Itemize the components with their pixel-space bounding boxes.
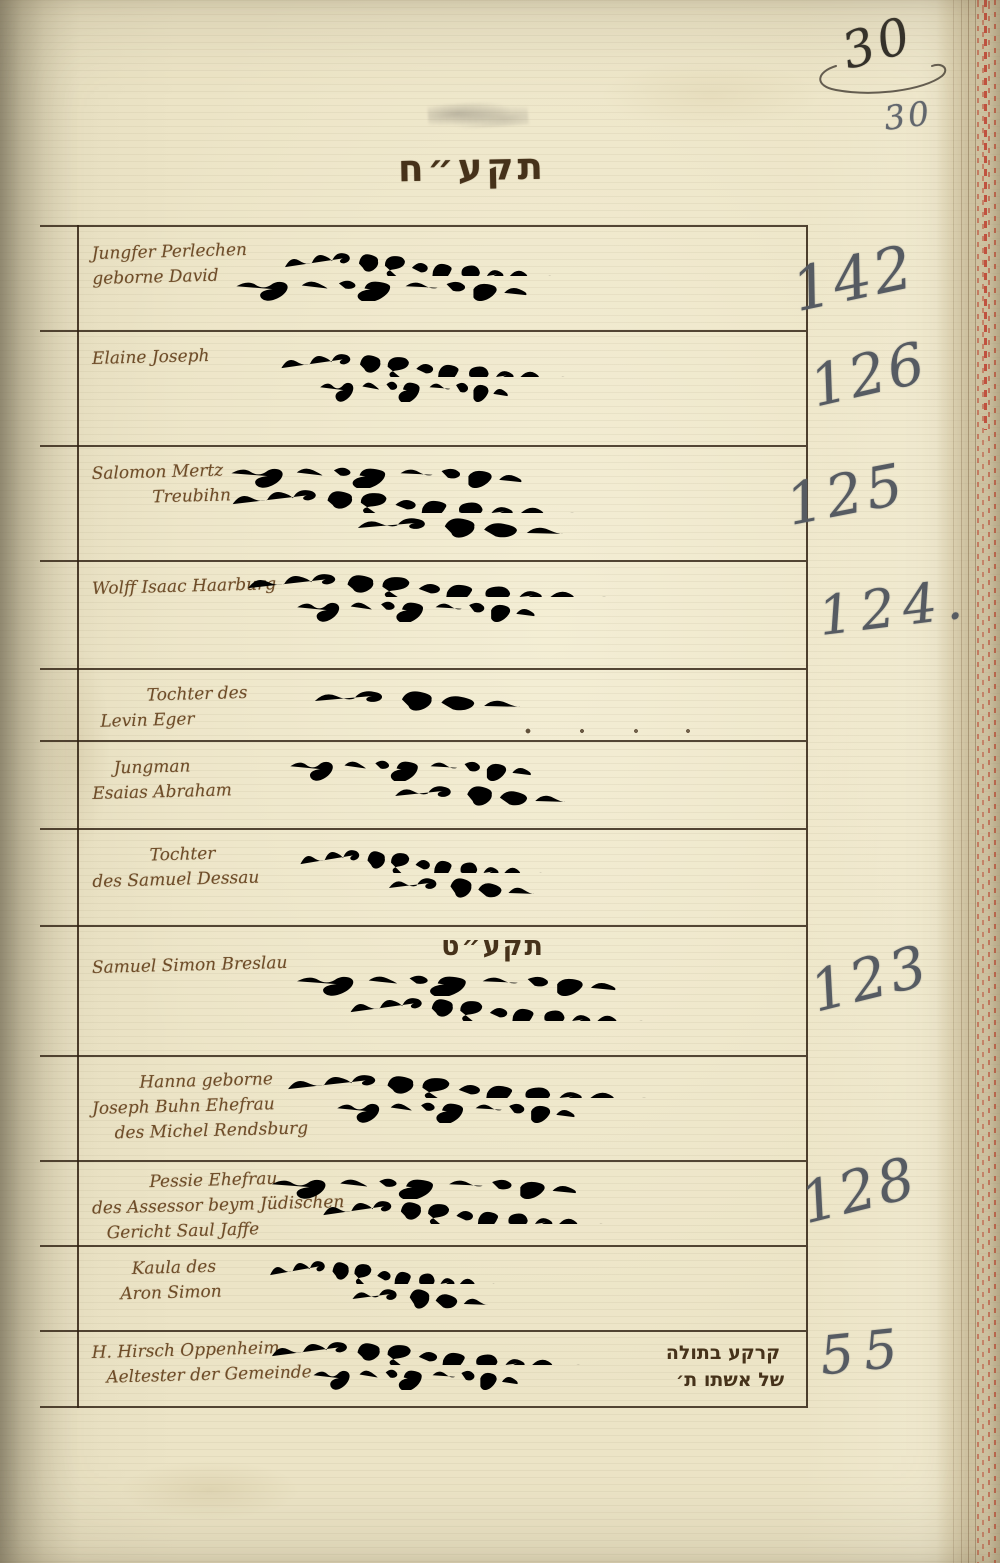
manuscript-page: 30 30 תקע״ח Jungfer Perlechen geborne Da… bbox=[0, 0, 1000, 1563]
hebrew-cursive-line bbox=[265, 1340, 635, 1365]
fore-edge-fold-line bbox=[968, 0, 969, 1563]
fore-edge-fold-line bbox=[975, 0, 976, 1563]
hebrew-cursive-entry bbox=[280, 1073, 710, 1123]
folio-number-ink: 30 bbox=[842, 14, 962, 104]
entry-name-line: des Samuel Dessau bbox=[92, 864, 323, 895]
entry-name: Tochter des Levin Eger bbox=[91, 679, 322, 735]
hebrew-cursive-line bbox=[344, 996, 695, 1021]
hebrew-cursive-line bbox=[279, 251, 599, 276]
hebrew-year-title: תקע״ח bbox=[0, 146, 1000, 189]
red-edge-speckles bbox=[988, 0, 990, 1563]
entry-name: Samuel Simon Breslau bbox=[92, 950, 323, 981]
hebrew-cursive-line bbox=[316, 377, 581, 402]
register-row: Kaula des Aron Simon bbox=[40, 1245, 806, 1330]
hebrew-note: קרקע בתולה של אשתו ת׳ bbox=[648, 1340, 798, 1394]
flourish-underline bbox=[814, 52, 964, 102]
register-table: Jungfer Perlechen geborne David Elaine J… bbox=[40, 225, 808, 1408]
register-row: Jungman Esaias Abraham bbox=[40, 740, 806, 828]
hebrew-cursive-line bbox=[305, 686, 535, 711]
age-stain bbox=[600, 60, 820, 130]
hebrew-cursive-line bbox=[290, 971, 740, 996]
register-row: Hanna geborne Joseph Buhn Ehefrau des Mi… bbox=[40, 1055, 806, 1160]
hebrew-cursive-entry bbox=[230, 251, 640, 301]
hebrew-cursive-entry bbox=[265, 1259, 535, 1309]
register-row: H. Hirsch Oppenheim Aeltester der Gemein… bbox=[40, 1330, 806, 1408]
margin-number: 126 bbox=[804, 330, 934, 421]
entry-name-line: Samuel Simon Breslau bbox=[92, 950, 323, 981]
fore-edge-fold-line bbox=[953, 0, 954, 1563]
hebrew-cursive-line bbox=[225, 488, 635, 513]
margin-number: 128 bbox=[794, 1145, 924, 1238]
register-row: Salomon Mertz Treubihn bbox=[40, 445, 806, 560]
hebrew-cursive-entry bbox=[265, 1174, 695, 1224]
register-row: Tochter des Samuel Dessau bbox=[40, 828, 806, 925]
register-row: Elaine Joseph bbox=[40, 330, 806, 445]
hebrew-cursive-line bbox=[280, 1073, 710, 1098]
red-edge-speckles bbox=[984, 0, 987, 430]
page-number-pencil: 30 bbox=[882, 93, 934, 138]
entry-name-line: Levin Eger bbox=[100, 704, 323, 735]
hebrew-cursive-line bbox=[295, 848, 585, 873]
hebrew-cursive-line bbox=[332, 1098, 667, 1123]
hebrew-cursive-line bbox=[309, 1365, 598, 1390]
red-edge-speckles bbox=[977, 0, 979, 1563]
hebrew-cursive-line bbox=[387, 781, 577, 806]
hebrew-cursive-line bbox=[240, 572, 670, 597]
hebrew-cursive-line bbox=[292, 597, 627, 622]
hebrew-cursive-line bbox=[346, 1284, 497, 1309]
hebrew-cursive-entry bbox=[285, 756, 625, 806]
hebrew-cursive-entry bbox=[265, 1340, 635, 1390]
register-row: Pessie Ehefrau des Assessor beym Jüdisch… bbox=[40, 1160, 806, 1245]
hebrew-note-line: של אשתו ת׳ bbox=[662, 1367, 798, 1394]
margin-number: 123 bbox=[804, 932, 937, 1025]
register-row: Tochter des Levin Eger bbox=[40, 668, 806, 740]
fore-edge-fold-line bbox=[961, 0, 962, 1563]
hebrew-note-line: קרקע בתולה bbox=[648, 1340, 798, 1367]
margin-number: 124. bbox=[815, 567, 974, 648]
hebrew-cursive-entry bbox=[305, 686, 535, 711]
ink-bleedthrough-smudge bbox=[427, 99, 529, 132]
entry-name: Tochter des Samuel Dessau bbox=[91, 839, 322, 895]
register-row: Wolff Isaac Haarburg bbox=[40, 560, 806, 668]
register-row: תקע״ט Samuel Simon Breslau bbox=[40, 925, 806, 1055]
hebrew-cursive-entry bbox=[295, 848, 585, 898]
hebrew-cursive-line bbox=[285, 756, 625, 781]
hebrew-cursive-line bbox=[265, 1259, 535, 1284]
age-stain bbox=[120, 1460, 300, 1520]
hebrew-cursive-line bbox=[265, 1174, 695, 1199]
hebrew-cursive-line bbox=[317, 1199, 652, 1224]
hebrew-cursive-line bbox=[230, 276, 640, 301]
hebrew-cursive-entry bbox=[225, 463, 635, 538]
hebrew-cursive-entry bbox=[240, 572, 670, 622]
red-edge-speckles bbox=[994, 0, 996, 1563]
hebrew-cursive-line bbox=[348, 513, 578, 538]
hebrew-cursive-line bbox=[382, 873, 544, 898]
hebrew-cursive-entry bbox=[290, 971, 740, 1021]
ink-dots bbox=[520, 728, 700, 734]
margin-number: 55 bbox=[817, 1318, 910, 1388]
hebrew-cursive-entry bbox=[275, 352, 615, 402]
hebrew-cursive-line bbox=[225, 463, 635, 488]
hebrew-cursive-line bbox=[275, 352, 615, 377]
register-row: Jungfer Perlechen geborne David bbox=[40, 225, 806, 330]
